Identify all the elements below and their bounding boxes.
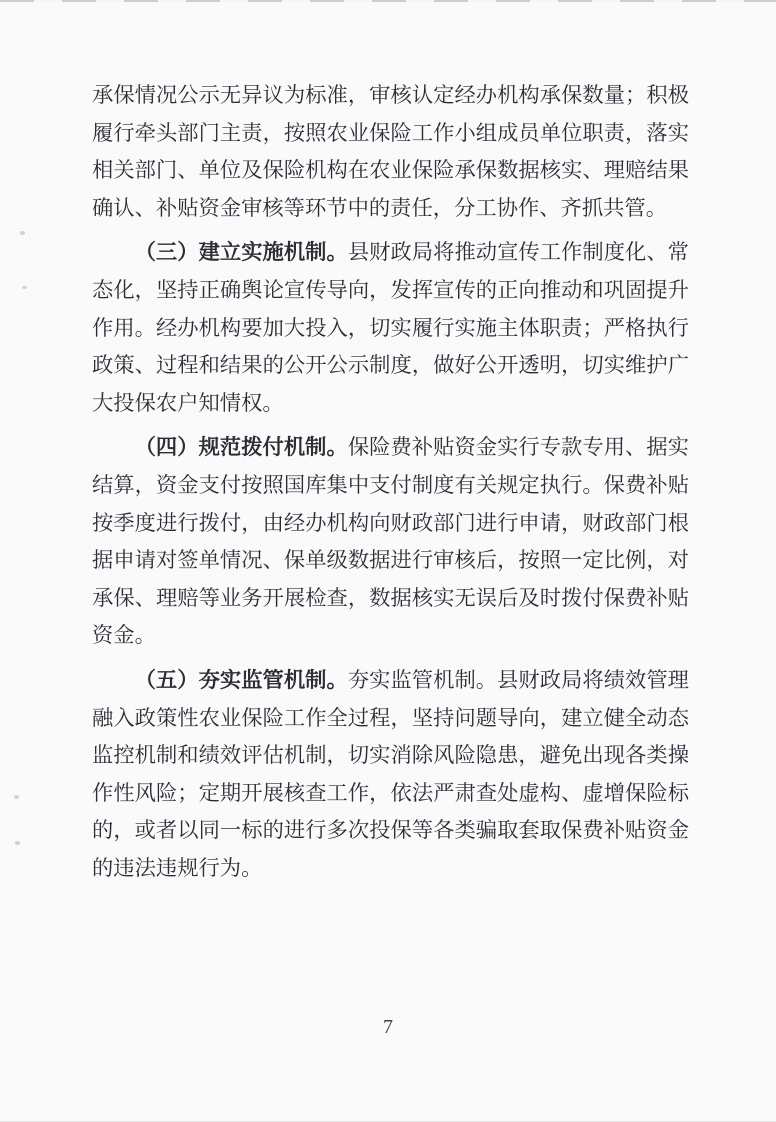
page-number: 7 [0, 1016, 776, 1039]
scanned-document-page: 承保情况公示无异议为标准，审核认定经办机构承保数量；积极履行牵头部门主责，按照农… [0, 0, 776, 1122]
paragraph-text: 保险费补贴资金实行专款专用、据实结算，资金支付按照国库集中支付制度有关规定执行。… [92, 435, 689, 647]
document-body: 承保情况公示无异议为标准，审核认定经办机构承保数量；积极履行牵头部门主责，按照农… [92, 77, 689, 887]
scan-speck [22, 286, 27, 289]
paragraph: （三）建立实施机制。县财政局将推动宣传工作制度化、常态化，坚持正确舆论宣传导向，… [92, 234, 689, 422]
paragraph-text: 承保情况公示无异议为标准，审核认定经办机构承保数量；积极履行牵头部门主责，按照农… [92, 83, 689, 220]
paragraph-heading: （三）建立实施机制。 [135, 240, 348, 264]
paragraph-heading: （四）规范拨付机制。 [135, 435, 348, 459]
scan-edge-artifact-top [0, 0, 776, 2]
scan-speck [14, 795, 19, 799]
scan-speck [15, 841, 20, 845]
paragraph-heading: （五）夯实监管机制。 [135, 668, 348, 692]
paragraph-text: 夯实监管机制。县财政局将绩效管理融入政策性农业保险工作全过程，坚持问题导向，建立… [92, 668, 689, 880]
paragraph: （四）规范拨付机制。保险费补贴资金实行专款专用、据实结算，资金支付按照国库集中支… [92, 429, 689, 655]
paragraph: （五）夯实监管机制。夯实监管机制。县财政局将绩效管理融入政策性农业保险工作全过程… [92, 662, 689, 888]
paragraph-text: 县财政局将推动宣传工作制度化、常态化，坚持正确舆论宣传导向，发挥宣传的正向推动和… [92, 240, 689, 414]
paragraph: 承保情况公示无异议为标准，审核认定经办机构承保数量；积极履行牵头部门主责，按照农… [92, 77, 689, 227]
scan-speck [20, 231, 25, 235]
